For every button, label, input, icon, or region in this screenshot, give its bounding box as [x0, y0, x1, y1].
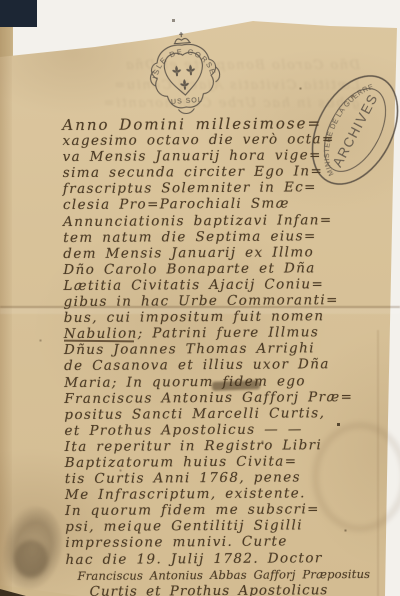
manuscript-line: hac die 19. Julij 1782. Doctor	[65, 549, 365, 567]
fleur-de-lis-icon	[180, 79, 190, 90]
manuscript-line: de Casanova et illius uxor Dña	[64, 356, 364, 374]
manuscript-line: sima secunda circiter Ego In=	[63, 163, 363, 181]
seal-bleed-ring	[312, 422, 400, 532]
manuscript-signature-line: Curtis et Prothus Apostolicus	[90, 582, 366, 596]
fleur-de-lis-icon	[172, 65, 182, 76]
wax-seal-smudge-core	[14, 540, 48, 578]
photo-corner-block	[0, 0, 37, 27]
svg-text:ISLE DE CORSE: ISLE DE CORSE	[148, 45, 217, 81]
crown-icon	[173, 32, 191, 44]
corsica-revenue-stamp: ISLE DE CORSE US SOL	[143, 26, 227, 123]
revenue-stamp-top-text: ISLE DE CORSE	[148, 45, 217, 81]
manuscript-line: Annunciationis baptizavi Infan=	[63, 212, 363, 230]
manuscript-signature-line: Franciscus Antonius Abbas Gafforj Præpos…	[77, 566, 365, 584]
fleur-de-lis-icon	[186, 64, 196, 75]
manuscript-line: Franciscus Antonius Gafforj Præ=	[64, 389, 364, 407]
manuscript-text-block: Anno Domini millesimose= xagesimo octavo…	[62, 115, 365, 596]
struck-out-word	[212, 380, 260, 391]
photograph-of-manuscript: Dño Carolo Bonaparte et Dña Lætitia Civi…	[0, 0, 400, 596]
manuscript-line: positus Sancti Marcelli Curtis,	[64, 405, 364, 423]
